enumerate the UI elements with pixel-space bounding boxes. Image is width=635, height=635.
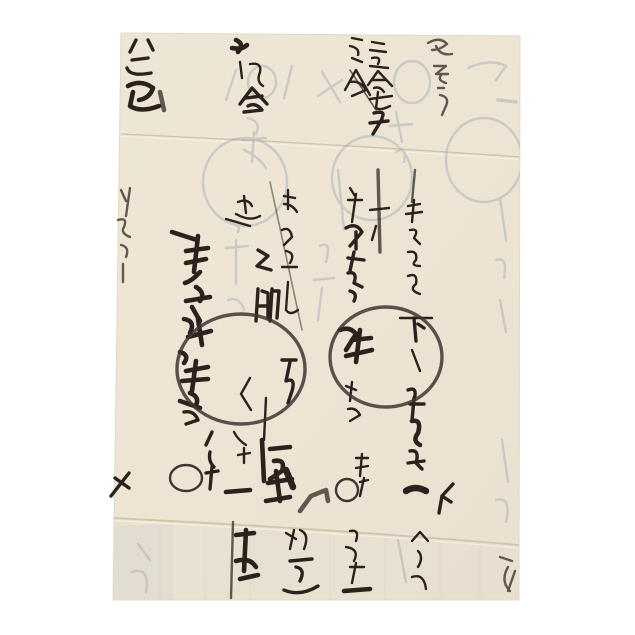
paper-aging-tint: [113, 33, 520, 600]
manuscript-canvas: [0, 0, 635, 635]
document-photo: [0, 0, 635, 635]
paper-sheet: [100, 33, 530, 610]
